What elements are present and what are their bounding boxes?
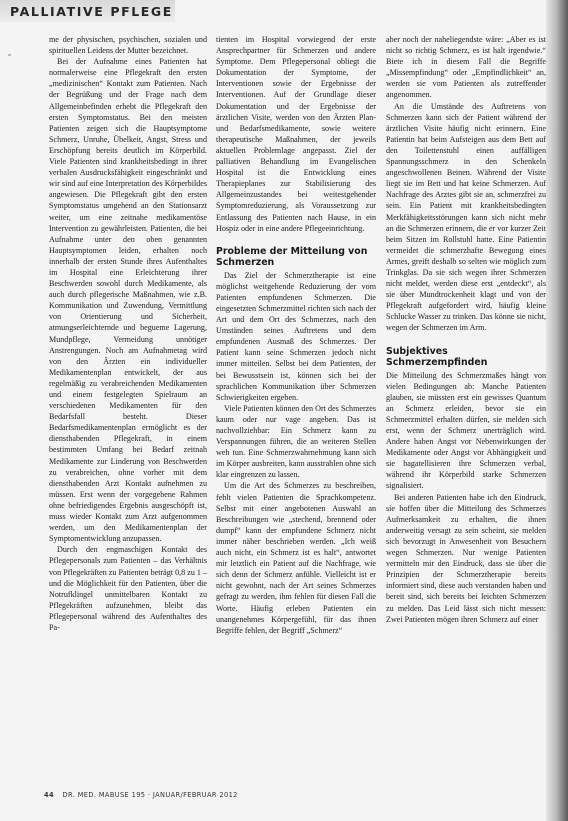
subheading-probleme-der-mitteilung: Probleme der Mitteilung von Schmerzen: [216, 246, 376, 269]
paragraph: Das Ziel der Schmerztherapie ist eine mö…: [216, 270, 376, 403]
paragraph: Bei der Aufnahme eines Patienten hat nor…: [49, 56, 207, 544]
text-column-3: aber noch der naheliegendste wäre: „Aber…: [386, 34, 546, 625]
page-footer: 44 DR. MED. MABUSE 195 · JANUAR/FEBRUAR …: [44, 791, 238, 799]
paragraph: Bei anderen Patienten habe ich den Eindr…: [386, 492, 546, 625]
text-column-1: me der physischen, psychischen, sozialen…: [49, 34, 207, 633]
paragraph: Viele Patienten können den Ort des Schme…: [216, 403, 376, 481]
publication-line: DR. MED. MABUSE 195 · JANUAR/FEBRUAR 201…: [62, 791, 237, 799]
text-column-2: tienten im Hospital vorwiegend der erste…: [216, 34, 376, 636]
paragraph: An die Umstände des Auftretens von Schme…: [386, 101, 546, 334]
section-title: PALLIATIVE PFLEGE: [10, 4, 173, 19]
subheading-subjektives-schmerzempfinden: Subjektives Schmerzempfinden: [386, 346, 546, 369]
paragraph: me der physischen, psychischen, sozialen…: [49, 34, 207, 56]
page-number: 44: [44, 791, 54, 799]
section-header-band: PALLIATIVE PFLEGE: [0, 0, 175, 22]
paragraph: aber noch der naheliegendste wäre: „Aber…: [386, 34, 546, 101]
page-binding-shadow: [546, 0, 568, 821]
paragraph: Um die Art des Schmerzes zu beschreiben,…: [216, 480, 376, 635]
paragraph: Durch den engmaschigen Kontakt des Pfleg…: [49, 544, 207, 633]
paragraph: Die Mitteilung des Schmerzmaßes hängt vo…: [386, 370, 546, 492]
magazine-page: PALLIATIVE PFLEGE me der physischen, psy…: [0, 0, 568, 821]
margin-mark: [8, 54, 11, 56]
paragraph: tienten im Hospital vorwiegend der erste…: [216, 34, 376, 234]
